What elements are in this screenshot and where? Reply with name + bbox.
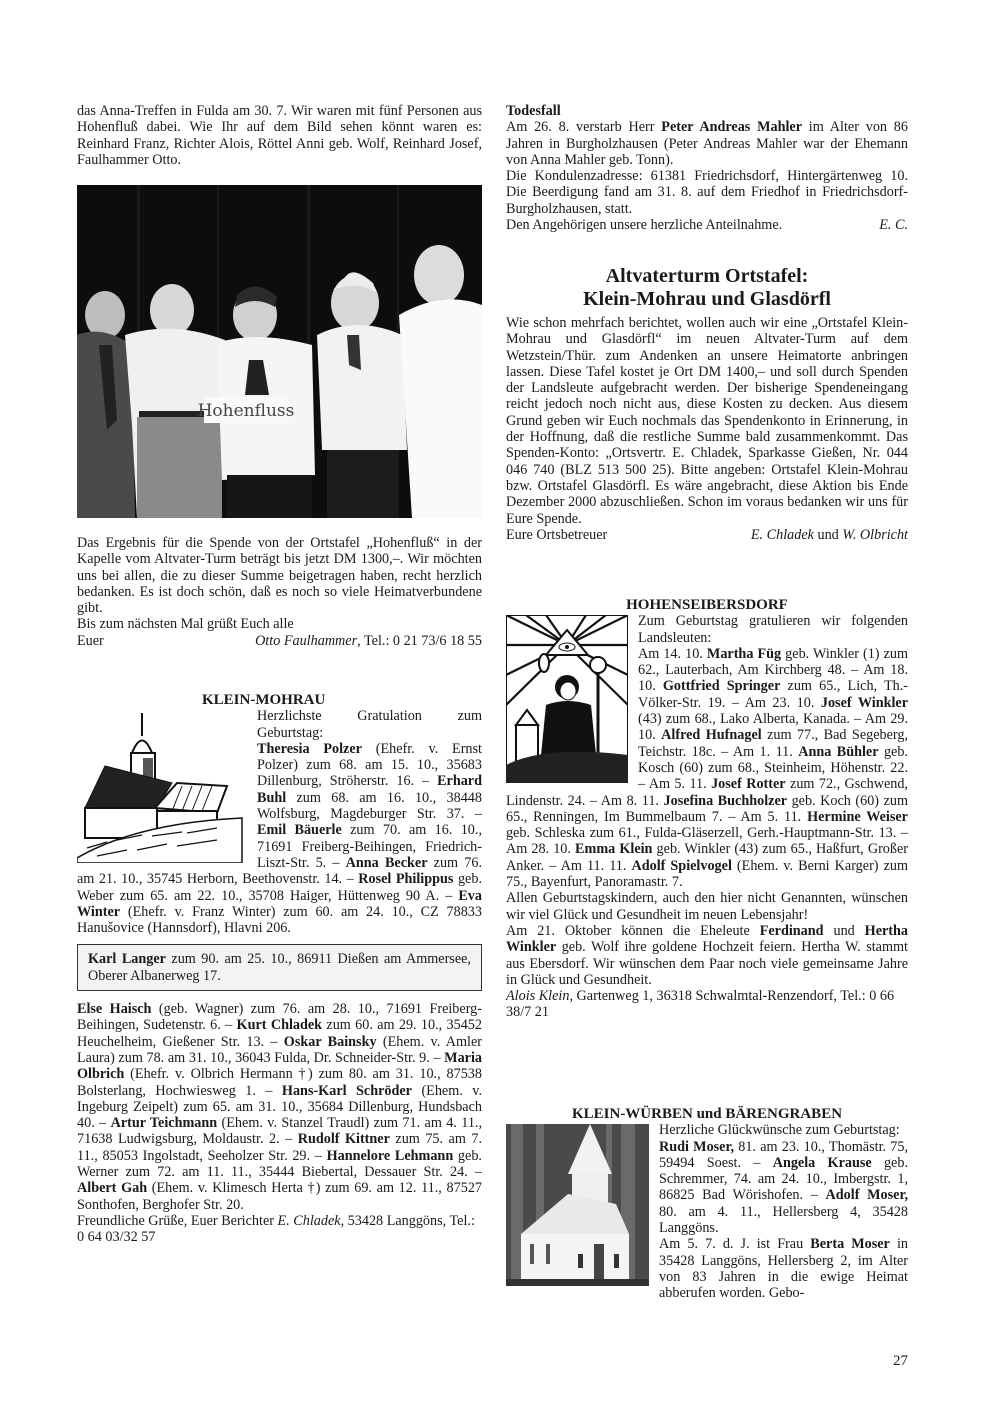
person-name: Rosel Philippus [358, 871, 453, 887]
author-initials: E. C. [879, 217, 908, 233]
person-name: Emma Klein [575, 841, 652, 857]
person-name: Karl Langer [88, 951, 166, 967]
klein-wuerben-section: KLEIN-WÜRBEN und BÄRENGRABEN Herzliche G… [506, 1106, 908, 1302]
text: Am 21. Oktober können die Eheleute [506, 923, 760, 939]
signature-label: Eure Ortsbetreuer [506, 527, 607, 543]
donation-paragraph: Das Ergebnis für die Spende von der Orts… [77, 535, 482, 616]
person-name: Josefina Buchholzer [664, 793, 788, 809]
hohenseibersdorf-section: HOHENSEIBERSDORF Zum Geburtstag gratulie… [506, 597, 908, 1021]
closing-prefix: Freundliche Grüße, Euer Berichter [77, 1213, 278, 1229]
altvaterturm-title-line-2: Klein-Mohrau und Glasdörfl [506, 288, 908, 311]
person-name: Rudi Moser, [659, 1139, 734, 1155]
person-name: Hannelore Lehmann [327, 1148, 454, 1164]
klein-mohrau-section: KLEIN-MOHRAU Herzlichste Gratulation zum… [77, 692, 482, 1246]
signature-name-2: W. Olbricht [842, 527, 908, 543]
text: geb. Wolf ihre goldene Hochzeit feiern. … [506, 939, 908, 988]
chapel-photo-image [506, 1124, 649, 1286]
signature-name-1: E. Chladek [751, 527, 814, 543]
altvaterturm-body: Wie schon mehrfach berichtet, wollen auc… [506, 315, 908, 527]
hohenseibersdorf-heading: HOHENSEIBERSDORF [506, 597, 908, 613]
person-name: Gottfried Springer [663, 678, 780, 694]
entry-text: (Ehefr. v. Franz Winter) zum 60. am 24. … [77, 904, 482, 936]
village-church-illustration [77, 708, 247, 863]
person-name: Rudolf Kittner [298, 1131, 390, 1147]
altvaterturm-section: Altvaterturm Ortstafel: Klein-Mohrau und… [506, 265, 908, 543]
person-name: Anna Becker [346, 855, 428, 871]
date: Am 8. 11. [601, 793, 664, 809]
klein-wuerben-heading: KLEIN-WÜRBEN und BÄRENGRABEN [506, 1106, 908, 1122]
highlight-box-karl-langer: Karl Langer zum 90. am 25. 10., 86911 Di… [77, 944, 482, 991]
group-photo-image: Hohenfluss [77, 185, 482, 518]
person-name: Alfred Hufnagel [661, 727, 762, 743]
signature-euer: Euer [77, 633, 104, 649]
entry-text: geb. Schleska zum 61., Fulda-Gläserzell,… [506, 825, 908, 841]
todesfall-heading: Todesfall [506, 103, 908, 119]
condolence-text: Den Angehörigen unsere herzliche Anteiln… [506, 217, 782, 233]
person-name: Adolf Moser, [826, 1187, 908, 1203]
entry-text: (43) zum 68., Lako Alberta, Kanada. – [638, 711, 865, 727]
date: Am 5. 11. [649, 776, 711, 792]
todesfall-paragraph-2: Die Kondulenzadresse: 61381 Friedrichsdo… [506, 168, 908, 217]
person-name: Oskar Bainsky [284, 1034, 377, 1050]
person-name: Hermine Weiser [807, 809, 908, 825]
person-name: Berta Moser [810, 1236, 890, 1252]
golden-wedding-paragraph: Am 21. Oktober können die Eheleute Ferdi… [506, 923, 908, 988]
klein-mohrau-birthdays-continued: Else Haisch (geb. Wagner) zum 76. am 28.… [77, 1001, 482, 1213]
woodcut-illustration [506, 615, 628, 783]
text: Am 5. 7. d. J. ist Frau [659, 1236, 810, 1252]
person-name: Anna Bühler [798, 744, 878, 760]
church-drawing-icon [77, 708, 247, 863]
todesfall-paragraph-1: Am 26. 8. verstarb Herr Peter Andreas Ma… [506, 119, 908, 168]
person-name: Angela Krause [773, 1155, 872, 1171]
signature-tel: , Tel.: 0 21 73/6 18 55 [357, 633, 482, 649]
group-photo: Hohenfluss [77, 185, 482, 518]
date: Am 1. 11. [733, 744, 798, 760]
person-name: Artur Teichmann [111, 1115, 218, 1131]
person-name: Else Haisch [77, 1001, 151, 1017]
chapel-photo [506, 1124, 649, 1286]
todesfall-section: Todesfall Am 26. 8. verstarb Herr Peter … [506, 103, 908, 233]
person-name: Peter Andreas Mahler [661, 119, 802, 135]
contact-name: Alois Klein, [506, 988, 573, 1004]
text: und [814, 527, 842, 543]
date: Am 11. 11. [561, 858, 632, 874]
greeting-line: Bis zum nächsten Mal grüßt Euch alle [77, 616, 482, 632]
text: und [824, 923, 865, 939]
date: Am 23. 10. [745, 695, 821, 711]
saint-woodcut-icon [506, 615, 628, 783]
date: Am 28. 10. [506, 841, 575, 857]
person-name: Martha Füg [707, 646, 781, 662]
person-name: Theresia Polzer [257, 741, 362, 757]
entry-text: zum 68. am 16. 10., 38448 Wolfsburg, Mag… [257, 790, 482, 822]
left-donation-block: Das Ergebnis für die Spende von der Orts… [77, 535, 482, 649]
date: Am 5. 11. [740, 809, 807, 825]
anna-treffen-paragraph: das Anna-Treffen in Fulda am 30. 7. Wir … [77, 103, 482, 168]
altvaterturm-signature: Eure Ortsbetreuer E. Chladek und W. Olbr… [506, 527, 908, 543]
person-name: Kurt Chladek [237, 1017, 323, 1033]
person-name: Hans-Karl Schröder [282, 1083, 412, 1099]
klein-mohrau-closing: Freundliche Grüße, Euer Berichter E. Chl… [77, 1213, 482, 1246]
entry-text: 80. am 4. 11., Hellersberg 4, 35428 Lang… [659, 1204, 908, 1236]
person-name: Albert Gah [77, 1180, 147, 1196]
altvaterturm-title-line-1: Altvaterturm Ortstafel: [506, 265, 908, 288]
signature-name: Otto Faulhammer [255, 633, 357, 649]
text: Am 26. 8. verstarb Herr [506, 119, 661, 135]
birthday-wishes: Allen Geburtstagskindern, auch den hier … [506, 890, 908, 923]
person-name: Josef Rotter [711, 776, 786, 792]
faulhammer-signature: Euer Otto Faulhammer, Tel.: 0 21 73/6 18… [77, 633, 482, 649]
klein-mohrau-heading: KLEIN-MOHRAU [77, 692, 482, 708]
person-name: Ferdinand [760, 923, 824, 939]
person-name: Josef Winkler [821, 695, 908, 711]
reporter-name: E. Chladek, [278, 1213, 345, 1229]
person-name: Adolf Spielvogel [631, 858, 731, 874]
person-name: Emil Bäuerle [257, 822, 342, 838]
todesfall-condolence: Den Angehörigen unsere herzliche Anteiln… [506, 217, 908, 233]
hohenseibersdorf-contact: Alois Klein, Gartenweg 1, 36318 Schwalmt… [506, 988, 908, 1021]
date: Am 14. 10. [638, 646, 707, 662]
page-number: 27 [893, 1353, 908, 1370]
left-intro-block: das Anna-Treffen in Fulda am 30. 7. Wir … [77, 103, 482, 168]
svg-text:Hohenfluss: Hohenfluss [198, 401, 295, 421]
